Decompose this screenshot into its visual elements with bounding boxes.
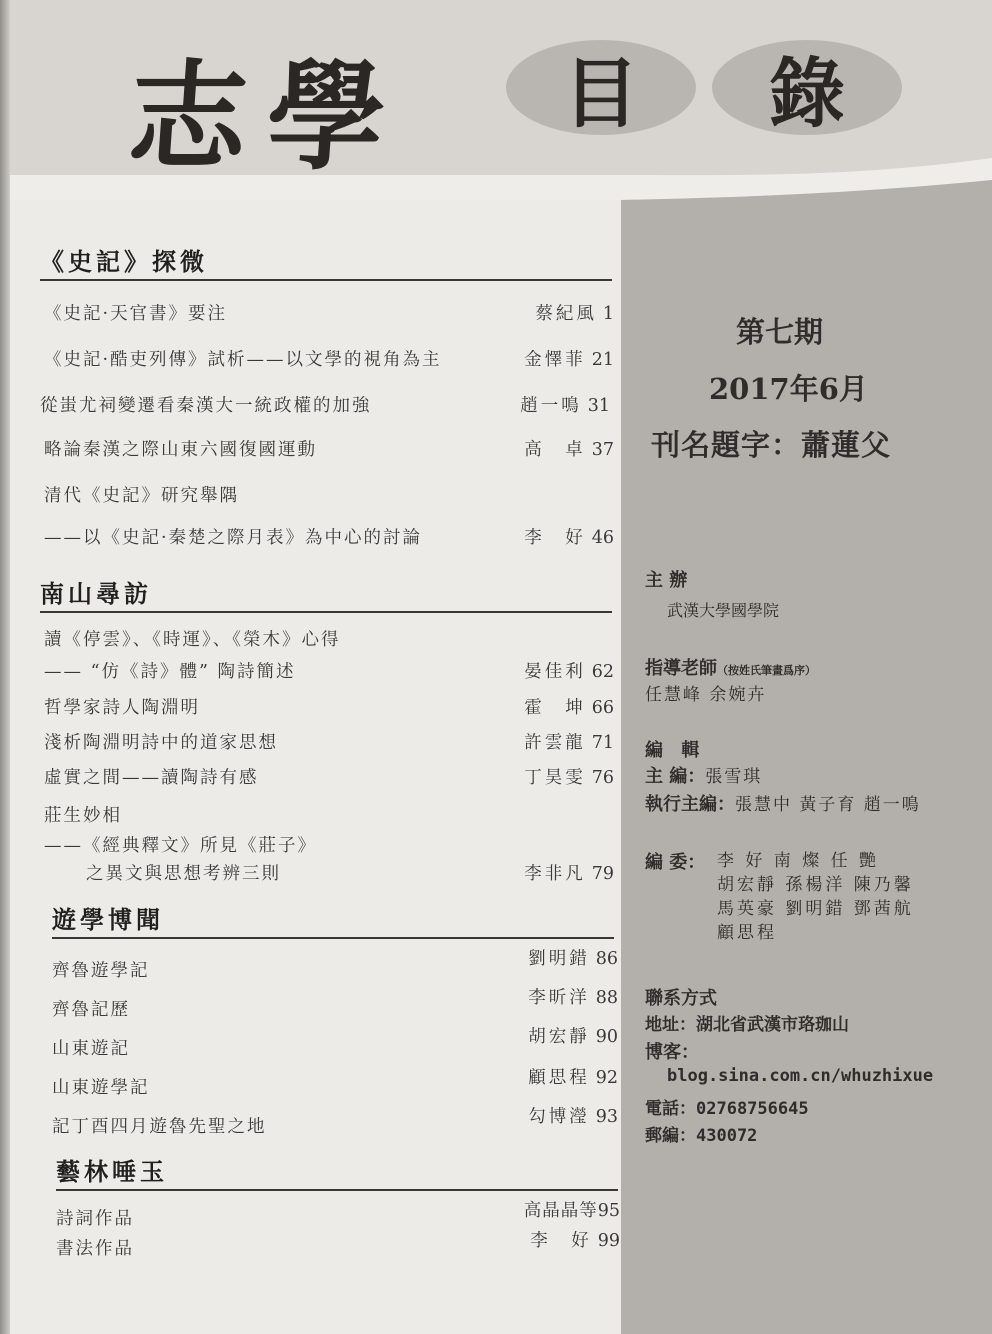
- toc-entry[interactable]: 讀《停雲》、《時運》、《榮木》心得: [44, 626, 614, 652]
- page-binding-edge: [0, 0, 10, 1334]
- entry-author: 李 好46: [524, 524, 614, 549]
- entry-title: 《史記·酷吏列傳》試析——以文學的視角為主: [44, 346, 442, 371]
- issue-number: 第七期: [736, 310, 823, 351]
- entry-author: 勾博瀅93: [528, 1103, 618, 1128]
- entry-page: 71: [592, 733, 614, 753]
- entry-page: 90: [596, 1027, 618, 1047]
- entry-page: 66: [592, 698, 614, 718]
- toc-entry[interactable]: 略論秦漢之際山東六國復國運動 高 卓37: [44, 436, 614, 462]
- entry-page: 62: [592, 662, 614, 682]
- toc-entry[interactable]: 《史記·天官書》要注 蔡紀風1: [44, 300, 614, 326]
- entry-author: 高晶晶等95: [524, 1197, 620, 1222]
- entry-title: 讀《停雲》、《時運》、《榮木》心得: [44, 626, 341, 651]
- phone-value: 02768756645: [696, 1099, 809, 1119]
- entry-title: ——《經典釋文》所見《莊子》: [44, 832, 317, 857]
- entry-title: 記丁酉四月遊魯先聖之地: [52, 1113, 267, 1138]
- entry-title: 淺析陶淵明詩中的道家思想: [44, 729, 278, 754]
- toc-entry[interactable]: 記丁酉四月遊魯先聖之地 勾博瀅93: [52, 1113, 618, 1139]
- address-line: 地址：湖北省武漢市珞珈山: [645, 1010, 849, 1035]
- entry-page: 99: [598, 1231, 620, 1251]
- entry-title: 略論秦漢之際山東六國復國運動: [44, 436, 317, 461]
- committee-label: 編 委：: [645, 848, 705, 874]
- address-label: 地址：: [645, 1015, 696, 1035]
- exec-editor-line: 執行主編：張慧中 黃子育 趙一鳴: [645, 790, 921, 816]
- blog-label: 博客：: [645, 1038, 699, 1064]
- advisors-note: （按姓氏筆畫爲序）: [717, 664, 816, 677]
- entry-author: 李 好99: [530, 1227, 620, 1252]
- entry-author: 蔡紀風1: [535, 300, 614, 325]
- toc-entry[interactable]: ——《經典釋文》所見《莊子》: [44, 832, 614, 858]
- toc-entry[interactable]: 淺析陶淵明詩中的道家思想 許雲龍71: [44, 729, 614, 755]
- toc-entry[interactable]: 齊魯記歷 李昕洋88: [52, 996, 618, 1022]
- sponsor-label: 主 辦: [645, 566, 687, 592]
- entry-author: 李昕洋88: [528, 984, 618, 1009]
- committee-row: 馬英豪 劉明錯 鄧茜航: [717, 894, 914, 918]
- entry-author: 顧思程92: [528, 1064, 618, 1089]
- postcode-line: 郵編：430072: [645, 1121, 757, 1146]
- entry-page: 21: [592, 350, 614, 370]
- entry-title: 哲學家詩人陶淵明: [44, 694, 200, 719]
- entry-title: 虛實之間——讀陶詩有感: [44, 764, 259, 789]
- table-of-contents: 《史記》探微 《史記·天官書》要注 蔡紀風1 《史記·酷吏列傳》試析——以文學的…: [0, 0, 621, 1334]
- entry-page: 76: [592, 768, 614, 788]
- chief-editor-line: 主 編：張雪琪: [645, 762, 762, 788]
- toc-entry[interactable]: 《史記·酷吏列傳》試析——以文學的視角為主 金懌菲21: [44, 346, 614, 372]
- entry-page: 92: [596, 1068, 618, 1088]
- toc-entry[interactable]: 齊魯遊學記 劉明錯86: [52, 957, 618, 983]
- section-heading-shiji: 《史記》探微: [40, 242, 612, 281]
- entry-page: 31: [588, 396, 610, 416]
- blog-url[interactable]: blog.sina.com.cn/whuzhixue: [667, 1066, 933, 1086]
- entry-author: 李非凡79: [524, 860, 614, 885]
- entry-title: 從蚩尤祠變遷看秦漢大一統政權的加強: [40, 392, 372, 417]
- entry-page: 79: [592, 864, 614, 884]
- phone-label: 電話：: [645, 1099, 696, 1119]
- entry-title: 齊魯遊學記: [52, 957, 150, 982]
- committee-row: 胡宏靜 孫楊洋 陳乃馨: [717, 870, 914, 894]
- entry-page: 86: [596, 949, 618, 969]
- entry-page: 37: [592, 440, 614, 460]
- entry-title: 清代《史記》研究舉隅: [44, 482, 239, 507]
- toc-entry[interactable]: 清代《史記》研究舉隅: [44, 482, 614, 508]
- entry-author: 丁昊雯76: [524, 764, 614, 789]
- entry-title: ——以《史記·秦楚之際月表》為中心的討論: [44, 524, 422, 549]
- entry-author: 劉明錯86: [528, 945, 618, 970]
- editorial-label: 編 輯: [645, 736, 705, 762]
- toc-entry[interactable]: 哲學家詩人陶淵明 霍 坤66: [44, 694, 614, 720]
- entry-title: 齊魯記歷: [52, 996, 130, 1021]
- entry-title: 山東遊學記: [52, 1074, 150, 1099]
- toc-entry[interactable]: ——以《史記·秦楚之際月表》為中心的討論 李 好46: [44, 524, 614, 550]
- toc-entry[interactable]: 虛實之間——讀陶詩有感 丁昊雯76: [44, 764, 614, 790]
- entry-title: 書法作品: [56, 1235, 134, 1260]
- section-heading-youxue: 遊學博聞: [52, 900, 614, 939]
- committee-members: 李 好 南 燦 任 艷 胡宏靜 孫楊洋 陳乃馨 馬英豪 劉明錯 鄧茜航 顧思程: [717, 846, 914, 942]
- entry-author: 許雲龍71: [524, 729, 614, 754]
- entry-page: 46: [592, 528, 614, 548]
- toc-entry[interactable]: 山東遊學記 顧思程92: [52, 1074, 618, 1100]
- address-value: 湖北省武漢市珞珈山: [696, 1015, 849, 1035]
- advisors-names: 任慧峰 余婉卉: [645, 680, 766, 705]
- entry-author: 高 卓37: [524, 436, 614, 461]
- chief-editor-name: 張雪琪: [705, 767, 762, 787]
- entry-author: 霍 坤66: [524, 694, 614, 719]
- postcode-value: 430072: [696, 1126, 757, 1146]
- issue-date: 2017年6月: [709, 367, 868, 408]
- toc-entry[interactable]: 書法作品 李 好99: [56, 1235, 620, 1261]
- committee-row: 李 好 南 燦 任 艷: [717, 846, 914, 870]
- contact-label: 聯系方式: [645, 984, 717, 1010]
- entry-author: 趙一鳴31: [520, 392, 610, 417]
- entry-title: 山東遊記: [52, 1035, 130, 1060]
- chief-editor-label: 主 編：: [645, 766, 705, 787]
- entry-author: 晏佳利62: [524, 658, 614, 683]
- toc-label-circle-2: 錄: [712, 40, 902, 135]
- entry-title: 詩詞作品: [56, 1205, 134, 1230]
- toc-entry[interactable]: 之異文與思想考辨三則 李非凡79: [44, 860, 614, 886]
- toc-entry[interactable]: —— “仿《詩》體” 陶詩簡述 晏佳利62: [44, 658, 614, 684]
- entry-title: 莊生妙相: [44, 802, 122, 827]
- entry-page: 95: [598, 1201, 620, 1221]
- title-calligrapher: 刊名題字：蕭蓮父: [651, 423, 891, 464]
- sponsor-name: 武漢大學國學院: [645, 598, 779, 621]
- phone-line: 電話：02768756645: [645, 1094, 809, 1119]
- entry-page: 88: [596, 988, 618, 1008]
- entry-page: 1: [603, 304, 614, 324]
- toc-entry[interactable]: 莊生妙相: [44, 802, 614, 828]
- exec-editor-label: 執行主編：: [645, 794, 735, 815]
- postcode-label: 郵編：: [645, 1126, 696, 1146]
- entry-title: —— “仿《詩》體” 陶詩簡述: [44, 658, 296, 683]
- section-heading-nanshan: 南山尋訪: [40, 574, 612, 613]
- section-heading-yilin: 藝林唾玉: [56, 1152, 618, 1191]
- toc-entry[interactable]: 山東遊記 胡宏靜90: [52, 1035, 618, 1061]
- exec-editor-names: 張慧中 黃子育 趙一鳴: [735, 795, 921, 815]
- entry-title: 《史記·天官書》要注: [44, 300, 227, 325]
- committee-row: 顧思程: [717, 918, 914, 942]
- advisors-heading: 指導老師（按姓氏筆畫爲序）: [645, 654, 816, 680]
- entry-page: 93: [596, 1107, 618, 1127]
- entry-author: 胡宏靜90: [528, 1023, 618, 1048]
- toc-entry[interactable]: 從蚩尤祠變遷看秦漢大一統政權的加強 趙一鳴31: [40, 392, 610, 418]
- advisors-label: 指導老師: [645, 658, 717, 679]
- entry-title: 之異文與思想考辨三則: [86, 860, 281, 885]
- entry-author: 金懌菲21: [524, 346, 614, 371]
